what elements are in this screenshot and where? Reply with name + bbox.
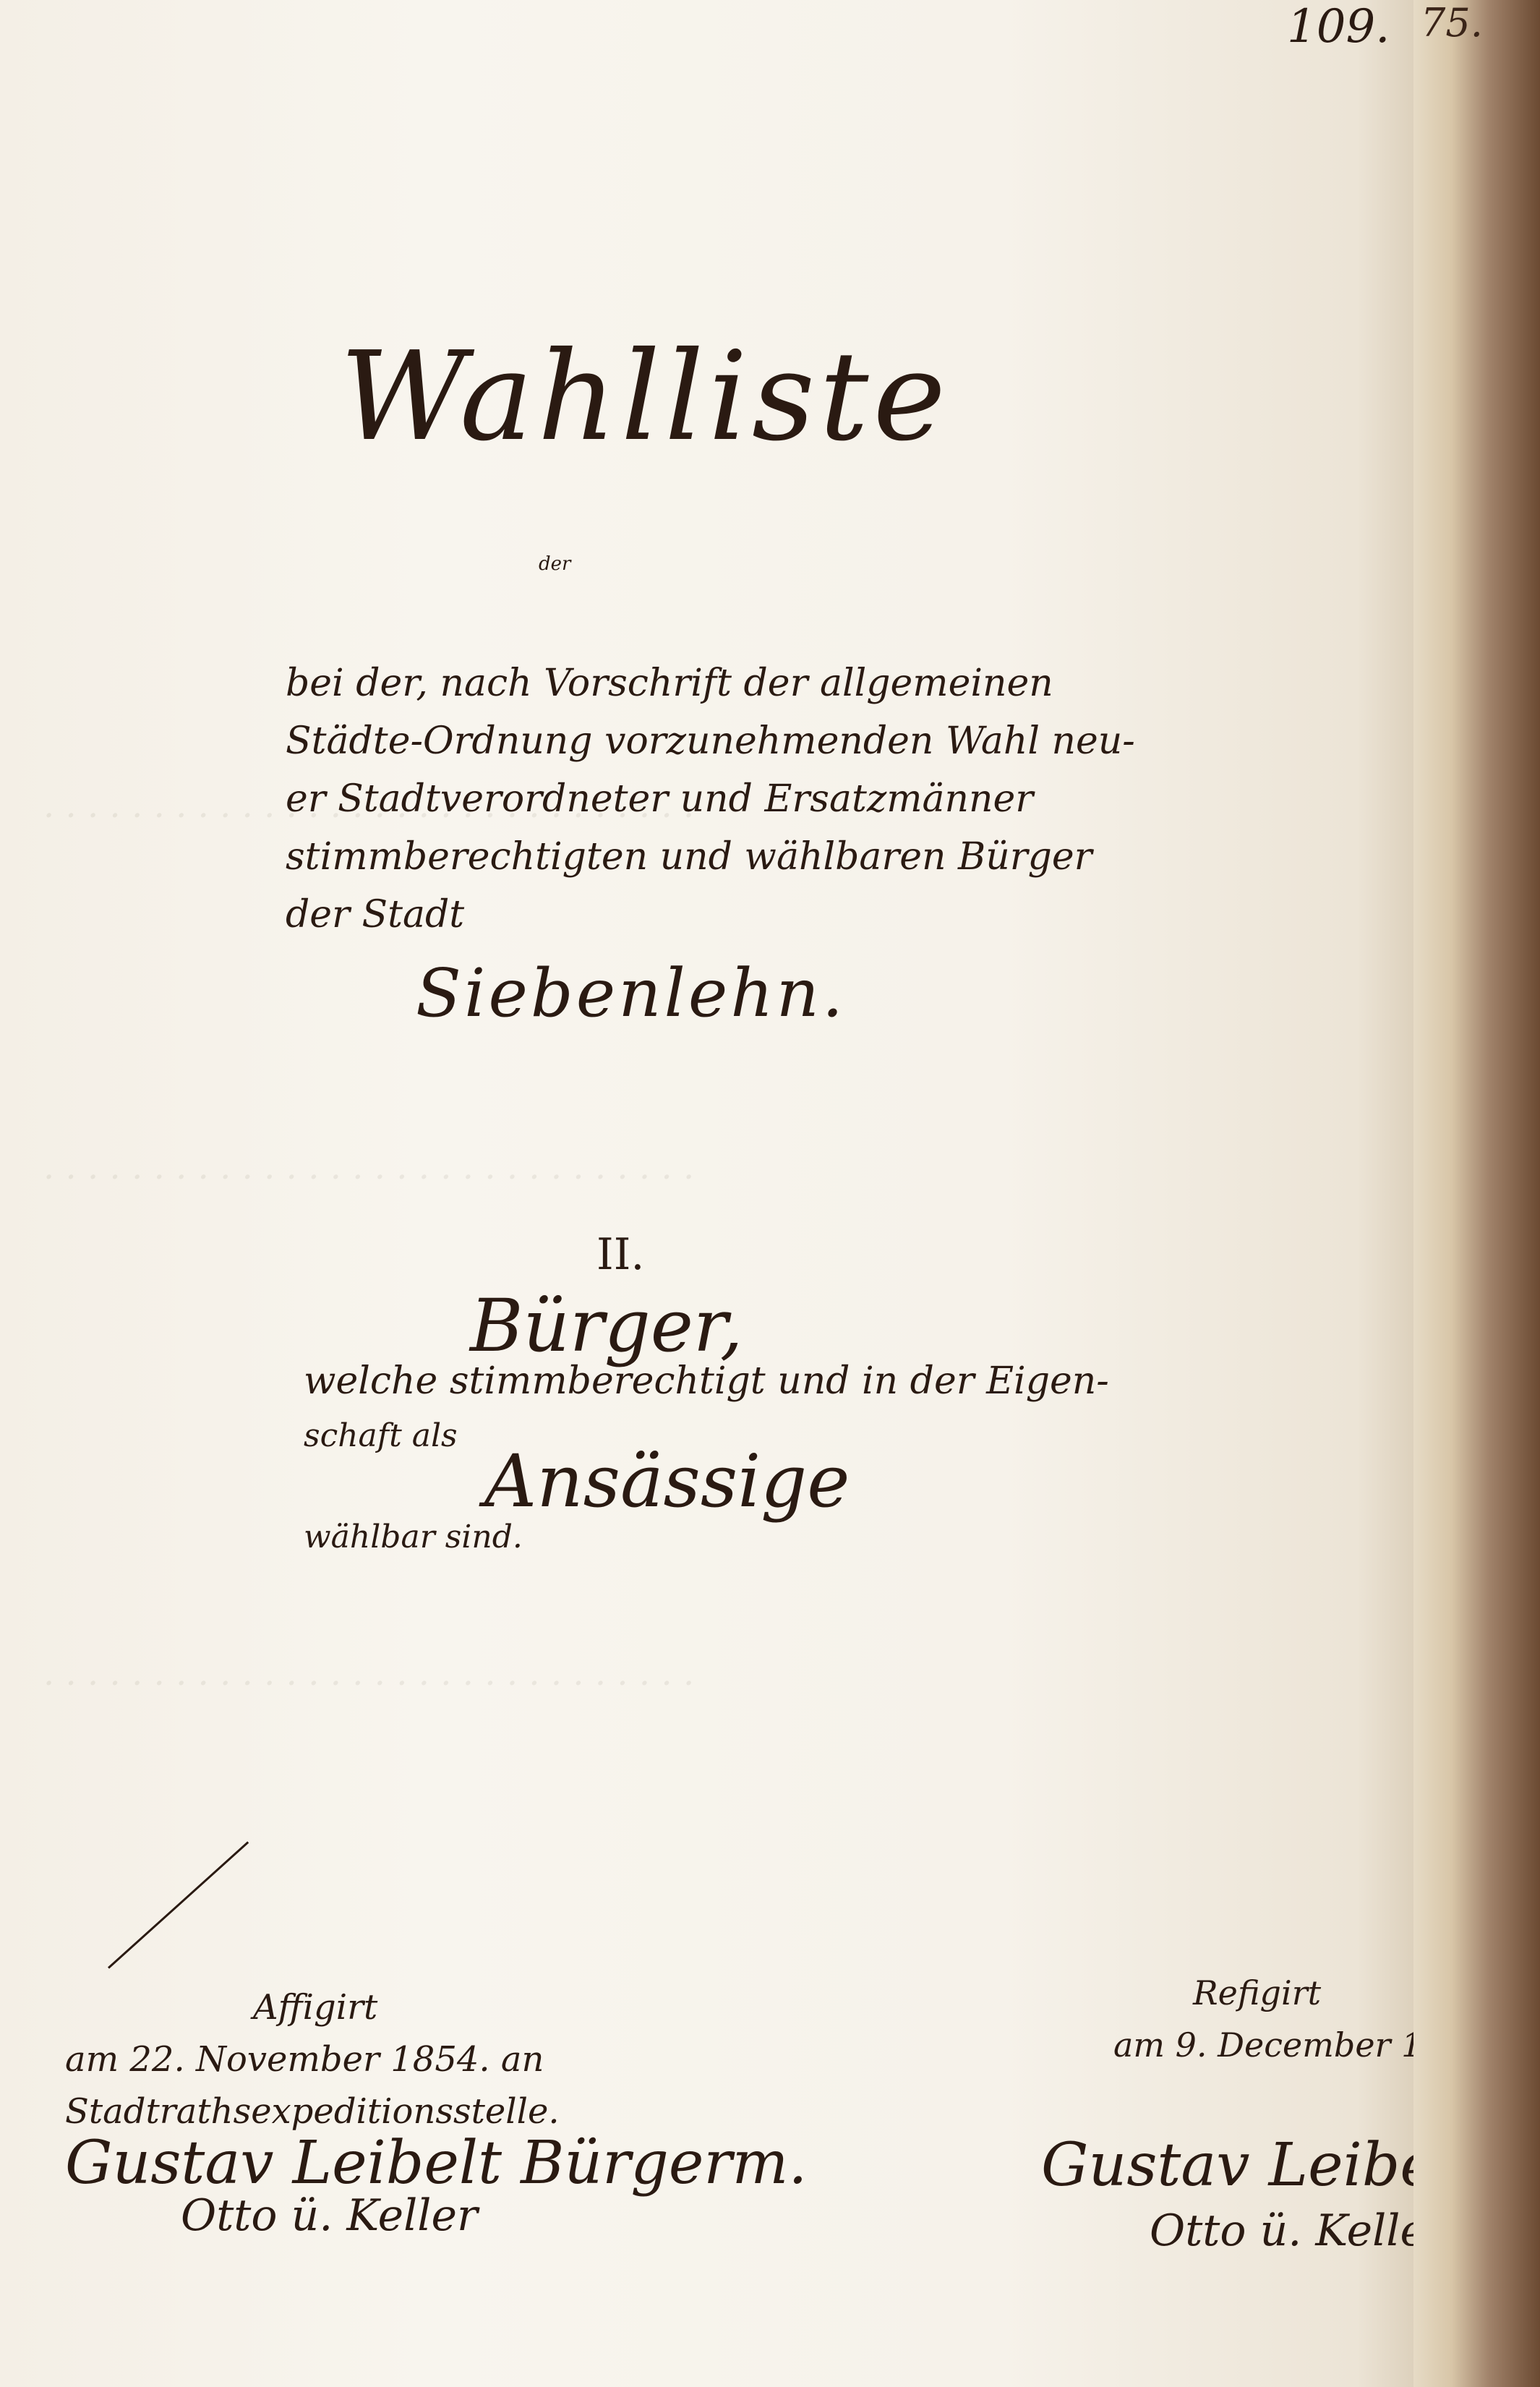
intro-line: Städte-Ordnung vorzunehmenden Wahl neu-	[286, 712, 1370, 770]
intro-line: bei der, nach Vorschrift der allgemeinen	[286, 654, 1370, 712]
signature: Gustav Leibelt Bürgerm.	[65, 2138, 807, 2190]
section-line: schaft als	[304, 1417, 458, 1454]
manuscript-page: · · · · · · · · · · · · · · · · · · · · …	[0, 0, 1428, 2387]
section-number: II.	[596, 1229, 644, 1280]
section-line: wählbar sind.	[304, 1519, 523, 1555]
posting-date: am 22. November 1854. an	[65, 2033, 807, 2085]
document-title: Wahlliste	[340, 325, 950, 469]
intro-line: er Stadtverordneter und Ersatzmänner	[286, 770, 1370, 828]
posting-note: Affigirt am 22. November 1854. an Stadtr…	[65, 1981, 807, 2242]
title-connector: der	[539, 553, 570, 575]
section-category: Ansässige	[484, 1439, 850, 1524]
signature: Otto ü. Keller	[1041, 2198, 1478, 2263]
bleed-through-text: · · · · · · · · · · · · · · · · · · · · …	[43, 1157, 694, 1197]
bleed-through-text: · · · · · · · · · · · · · · · · · · · · …	[43, 1663, 694, 1704]
secondary-page-number: 75.	[1421, 0, 1483, 46]
page-number: 109.	[1287, 0, 1390, 54]
book-page-edge: 75.	[1413, 0, 1540, 2387]
intro-line: der Stadt	[286, 886, 1370, 944]
posting-label: Affigirt	[65, 1981, 807, 2033]
signature: Gustav Leibelt	[1041, 2133, 1478, 2198]
intro-line: stimmberechtigten und wählbaren Bürger	[286, 828, 1370, 886]
removal-signatures: Gustav Leibelt Otto ü. Keller	[1041, 2133, 1478, 2263]
section-line: welche stimmberechtigt und in der Eigen-	[304, 1359, 1109, 1403]
section-heading: Bürger,	[470, 1284, 743, 1368]
city-name: Siebenlehn.	[416, 955, 846, 1032]
intro-paragraph: bei der, nach Vorschrift der allgemeinen…	[286, 654, 1370, 944]
diagonal-stroke	[108, 1841, 249, 1968]
